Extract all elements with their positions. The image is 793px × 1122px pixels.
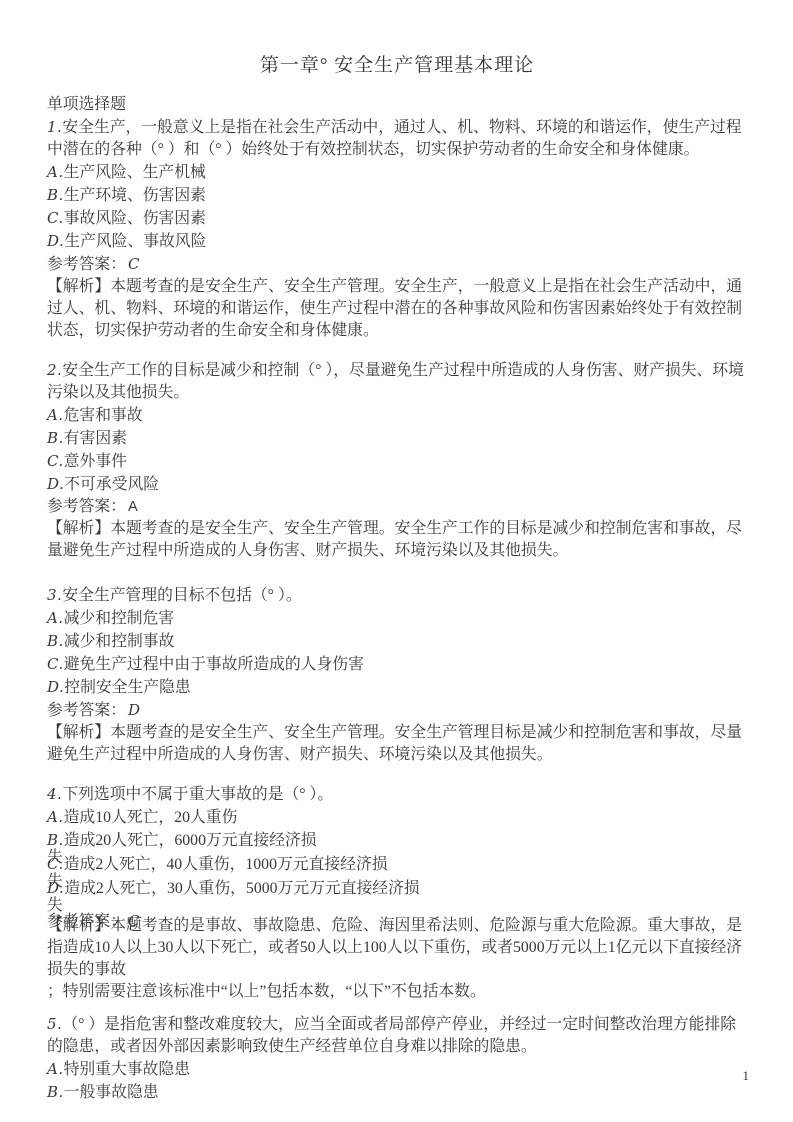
option-letter: D. (47, 232, 64, 250)
option-letter: A. (47, 406, 64, 424)
option-letter: A. (47, 163, 64, 181)
option-letter: A. (47, 808, 64, 826)
analysis-text: 【解析】本题考查的是事故、事故隐患、危险、海因里希法则、危险源与重大危险源。重大… (47, 915, 747, 981)
question-stem: 5.（° ）是指危害和整改难度较大，应当全面或者局部停产停业，并经过一定时间整改… (47, 1013, 747, 1058)
question-1: 1.安全生产，一般意义上是指在社会生产活动中，通过人、机、物料、环境的和谐运作，… (47, 116, 747, 342)
option-letter: A. (47, 609, 64, 627)
option-a: A.造成10人死亡，20人重伤 (47, 806, 747, 829)
option-text: 避免生产过程中由于事故所造成的人身伤害 (64, 656, 364, 673)
answer-letter: D (126, 701, 141, 719)
option-text: 有害因素 (64, 430, 127, 447)
answer-label: 参考答案： (47, 256, 126, 273)
option-c: C.意外事件 (47, 450, 747, 473)
option-text: 减少和控制危害 (64, 610, 175, 627)
option-text: 控制安全生产隐患 (64, 679, 190, 696)
option-letter: C. (47, 452, 64, 470)
option-text: 一般事故隐患 (64, 1084, 159, 1101)
answer-label: 参考答案： (47, 702, 126, 719)
option-text: 减少和控制事故 (64, 633, 175, 650)
option-letter: D. (47, 678, 64, 696)
question-text: 安全生产工作的目标是减少和控制（° ），尽量避免生产过程中所造成的人身伤害、财产… (47, 362, 744, 401)
answer-letter: C (126, 255, 140, 273)
question-text: 安全生产管理的目标不包括（° ）。 (62, 587, 301, 604)
option-a: A.减少和控制危害 (47, 607, 747, 630)
page-content: 第一章° 安全生产管理基本理论 单项选择题 1.安全生产，一般意义上是指在社会生… (0, 0, 793, 1104)
question-2: 2.安全生产工作的目标是减少和控制（° ），尽量避免生产过程中所造成的人身伤害、… (47, 359, 747, 562)
option-b: B.减少和控制事故 (47, 630, 747, 653)
option-text: 生产风险、生产机械 (64, 164, 206, 181)
option-c: C.事故风险、伤害因素 (47, 207, 747, 230)
answer-line: 参考答案：D (47, 699, 747, 722)
analysis-text: 【解析】本题考查的是安全生产、安全生产管理。安全生产管理目标是减少和控制危害和事… (47, 722, 747, 766)
option-text: 造成2人死亡，40人重伤，1000万元直接经济损 (64, 856, 388, 873)
answer-letter: A (126, 499, 138, 515)
question-number: 2. (47, 361, 62, 379)
option-b: B.有害因素 (47, 427, 747, 450)
question-text: 下列选项中不属于重大事故的是（° ）。 (62, 786, 333, 803)
question-5: 5.（° ）是指危害和整改难度较大，应当全面或者局部停产停业，并经过一定时间整改… (47, 1013, 747, 1104)
question-stem: 3.安全生产管理的目标不包括（° ）。 (47, 584, 747, 607)
question-text: （° ）是指危害和整改难度较大，应当全面或者局部停产停业，并经过一定时间整改治理… (47, 1016, 736, 1055)
option-text: 不可承受风险 (64, 476, 159, 493)
analysis-note: ；特别需要注意该标准中“以上”包括本数，“以下”不包括本数。 (47, 981, 747, 1003)
option-d: D.控制安全生产隐患 (47, 676, 747, 699)
page-number: 1 (743, 1068, 750, 1084)
question-4: 4.下列选项中不属于重大事故的是（° ）。 A.造成10人死亡，20人重伤 B.… (47, 783, 747, 1003)
option-letter: B. (47, 632, 64, 650)
section-heading: 单项选择题 (47, 94, 747, 116)
option-text: 造成10人死亡，20人重伤 (64, 809, 238, 826)
option-letter: B. (47, 429, 64, 447)
question-stem: 2.安全生产工作的目标是减少和控制（° ），尽量避免生产过程中所造成的人身伤害、… (47, 359, 747, 404)
document-page: 第一章° 安全生产管理基本理论 单项选择题 1.安全生产，一般意义上是指在社会生… (0, 0, 793, 1122)
option-text: 意外事件 (64, 453, 127, 470)
option-d: D.生产风险、事故风险 (47, 230, 747, 253)
option-letter: C. (47, 209, 64, 227)
analysis-text: 【解析】本题考查的是安全生产、安全生产管理。安全生产，一般意义上是指在社会生产活… (47, 276, 747, 342)
answer-line: 参考答案：C (47, 253, 747, 276)
question-text: 安全生产，一般意义上是指在社会生产活动中，通过人、机、物料、环境的和谐运作，使生… (47, 119, 742, 158)
question-number: 4. (47, 785, 62, 803)
question-number: 3. (47, 586, 62, 604)
option-a: A.特别重大事故隐患 (47, 1058, 747, 1081)
option-b: B.一般事故隐患 (47, 1081, 747, 1104)
option-letter: C. (47, 655, 64, 673)
question-number: 5. (47, 1015, 62, 1033)
option-d: D.不可承受风险 (47, 473, 747, 496)
option-text: 造成2人死亡，30人重伤，5000万元万元直接经济损 (64, 880, 419, 897)
option-letter: B. (47, 186, 64, 204)
chapter-title: 第一章° 安全生产管理基本理论 (47, 53, 747, 79)
option-text: 事故风险、伤害因素 (64, 210, 206, 227)
option-letter: A. (47, 1060, 64, 1078)
option-a: A.生产风险、生产机械 (47, 161, 747, 184)
answer-label: 参考答案： (47, 498, 126, 515)
question-stem: 4.下列选项中不属于重大事故的是（° ）。 (47, 783, 747, 806)
option-text: 造成20人死亡，6000万元直接经济损 (64, 832, 317, 849)
option-letter: D. (47, 475, 64, 493)
option-c: C.避免生产过程中由于事故所造成的人身伤害 (47, 653, 747, 676)
option-text: 危害和事故 (64, 407, 143, 424)
question-number: 1. (47, 118, 62, 136)
answer-line: 参考答案：A (47, 496, 747, 518)
option-b: B.生产环境、伤害因素 (47, 184, 747, 207)
option-text: 生产风险、事故风险 (64, 233, 206, 250)
question-stem: 1.安全生产，一般意义上是指在社会生产活动中，通过人、机、物料、环境的和谐运作，… (47, 116, 747, 161)
analysis-text: 【解析】本题考查的是安全生产、安全生产管理。安全生产工作的目标是减少和控制危害和… (47, 518, 747, 562)
question-3: 3.安全生产管理的目标不包括（° ）。 A.减少和控制危害 B.减少和控制事故 … (47, 584, 747, 766)
option-text: 特别重大事故隐患 (64, 1061, 190, 1078)
option-letter: B. (47, 1083, 64, 1101)
option-text: 生产环境、伤害因素 (64, 187, 206, 204)
option-a: A.危害和事故 (47, 404, 747, 427)
